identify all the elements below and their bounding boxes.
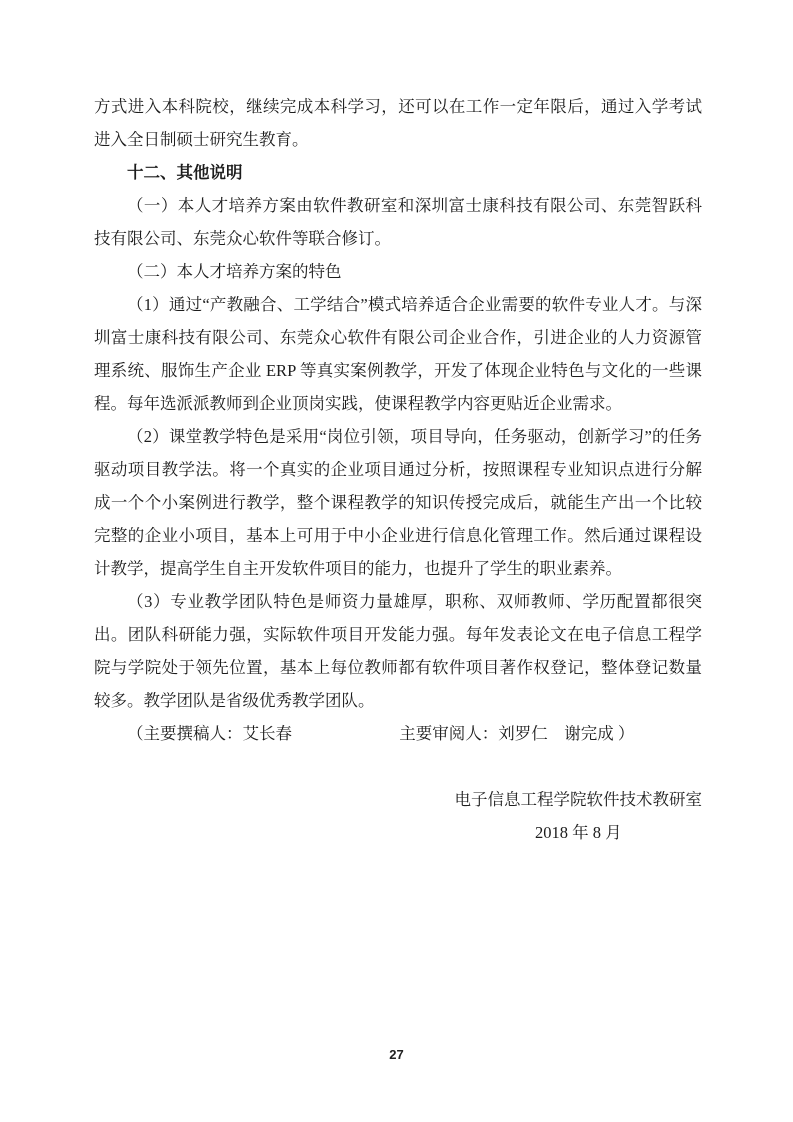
signature-line: （主要撰稿人：艾长春主要审阅人：刘罗仁 谢完成 ） (94, 717, 702, 750)
document-page: 方式进入本科院校，继续完成本科学习，还可以在工作一定年限后，通过入学考试进入全日… (0, 0, 793, 1122)
paragraph-item-2: （二）本人才培养方案的特色 (94, 255, 702, 288)
paragraph-item-1: （一）本人才培养方案由软件教研室和深圳富士康科技有限公司、东莞智跃科技有限公司、… (94, 189, 702, 255)
document-body: 方式进入本科院校，继续完成本科学习，还可以在工作一定年限后，通过入学考试进入全日… (94, 90, 702, 849)
continuation-paragraph: 方式进入本科院校，继续完成本科学习，还可以在工作一定年限后，通过入学考试进入全日… (94, 90, 702, 156)
closing-block: 电子信息工程学院软件技术教研室 2018 年 8 月 (94, 783, 702, 849)
section-heading-other-notes: 十二、其他说明 (94, 156, 702, 189)
paragraph-feature-3: （3）专业教学团队特色是师资力量雄厚，职称、双师教师、学历配置都很突出。团队科研… (94, 585, 702, 717)
issuing-institution: 电子信息工程学院软件技术教研室 (455, 783, 703, 816)
main-author-label: （主要撰稿人：艾长春 (127, 724, 292, 743)
paragraph-feature-2: （2）课堂教学特色是采用“岗位引领，项目导向，任务驱动，创新学习”的任务驱动项目… (94, 420, 702, 585)
page-number: 27 (0, 1047, 793, 1062)
main-reviewers-label: 主要审阅人：刘罗仁 谢完成 ） (399, 724, 634, 743)
paragraph-feature-1: （1）通过“产教融合、工学结合”模式培养适合企业需要的软件专业人才。与深圳富士康… (94, 288, 702, 420)
issue-date: 2018 年 8 月 (455, 816, 703, 849)
